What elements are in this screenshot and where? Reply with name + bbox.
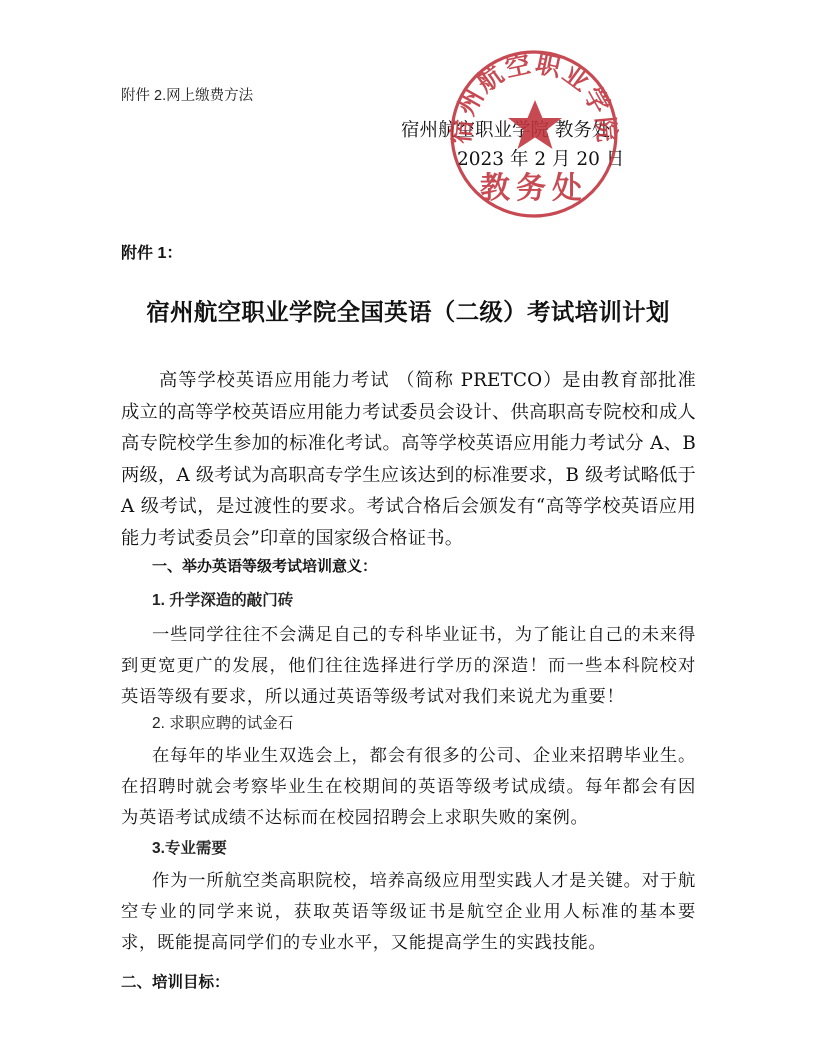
document-title: 宿州航空职业学院全国英语（二级）考试培训计划: [0, 296, 816, 328]
item-3-heading: 3.专业需要: [152, 838, 227, 860]
section-1-heading: 一、举办英语等级考试培训意义：: [152, 556, 377, 578]
item-1-heading: 1. 升学深造的敲门砖: [152, 590, 293, 612]
issuer-signature: 宿州航空职业学院 教务处: [401, 119, 610, 143]
issue-date: 2023 年 2 月 20 日: [457, 148, 624, 172]
attachment-2-note: 附件 2.网上缴费方法: [121, 86, 253, 106]
section-2-heading: 二、培训目标：: [121, 972, 230, 994]
item-1-paragraph: 一些同学往往不会满足自己的专科毕业证书，为了能让自己的未来得到更宽更广的发展，他…: [121, 619, 696, 712]
item-3-paragraph: 作为一所航空类高职院校，培养高级应用型实践人才是关键。对于航空专业的同学来说，获…: [121, 865, 696, 958]
intro-paragraph: 高等学校英语应用能力考试 （简称 PRETCO）是由教育部批准成立的高等学校英语…: [121, 365, 696, 555]
document-page: 附件 2.网上缴费方法 宿州航空职业学院 教务处 2023 年 2 月 20 日…: [0, 0, 816, 1056]
attachment-1-label: 附件 1：: [121, 243, 182, 265]
item-2-paragraph: 在每年的毕业生双选会上，都会有很多的公司、企业来招聘毕业生。在招聘时就会考察毕业…: [121, 740, 696, 833]
seal-bottom-text: 教务处: [480, 171, 588, 206]
item-2-heading: 2. 求职应聘的试金石: [152, 713, 293, 735]
